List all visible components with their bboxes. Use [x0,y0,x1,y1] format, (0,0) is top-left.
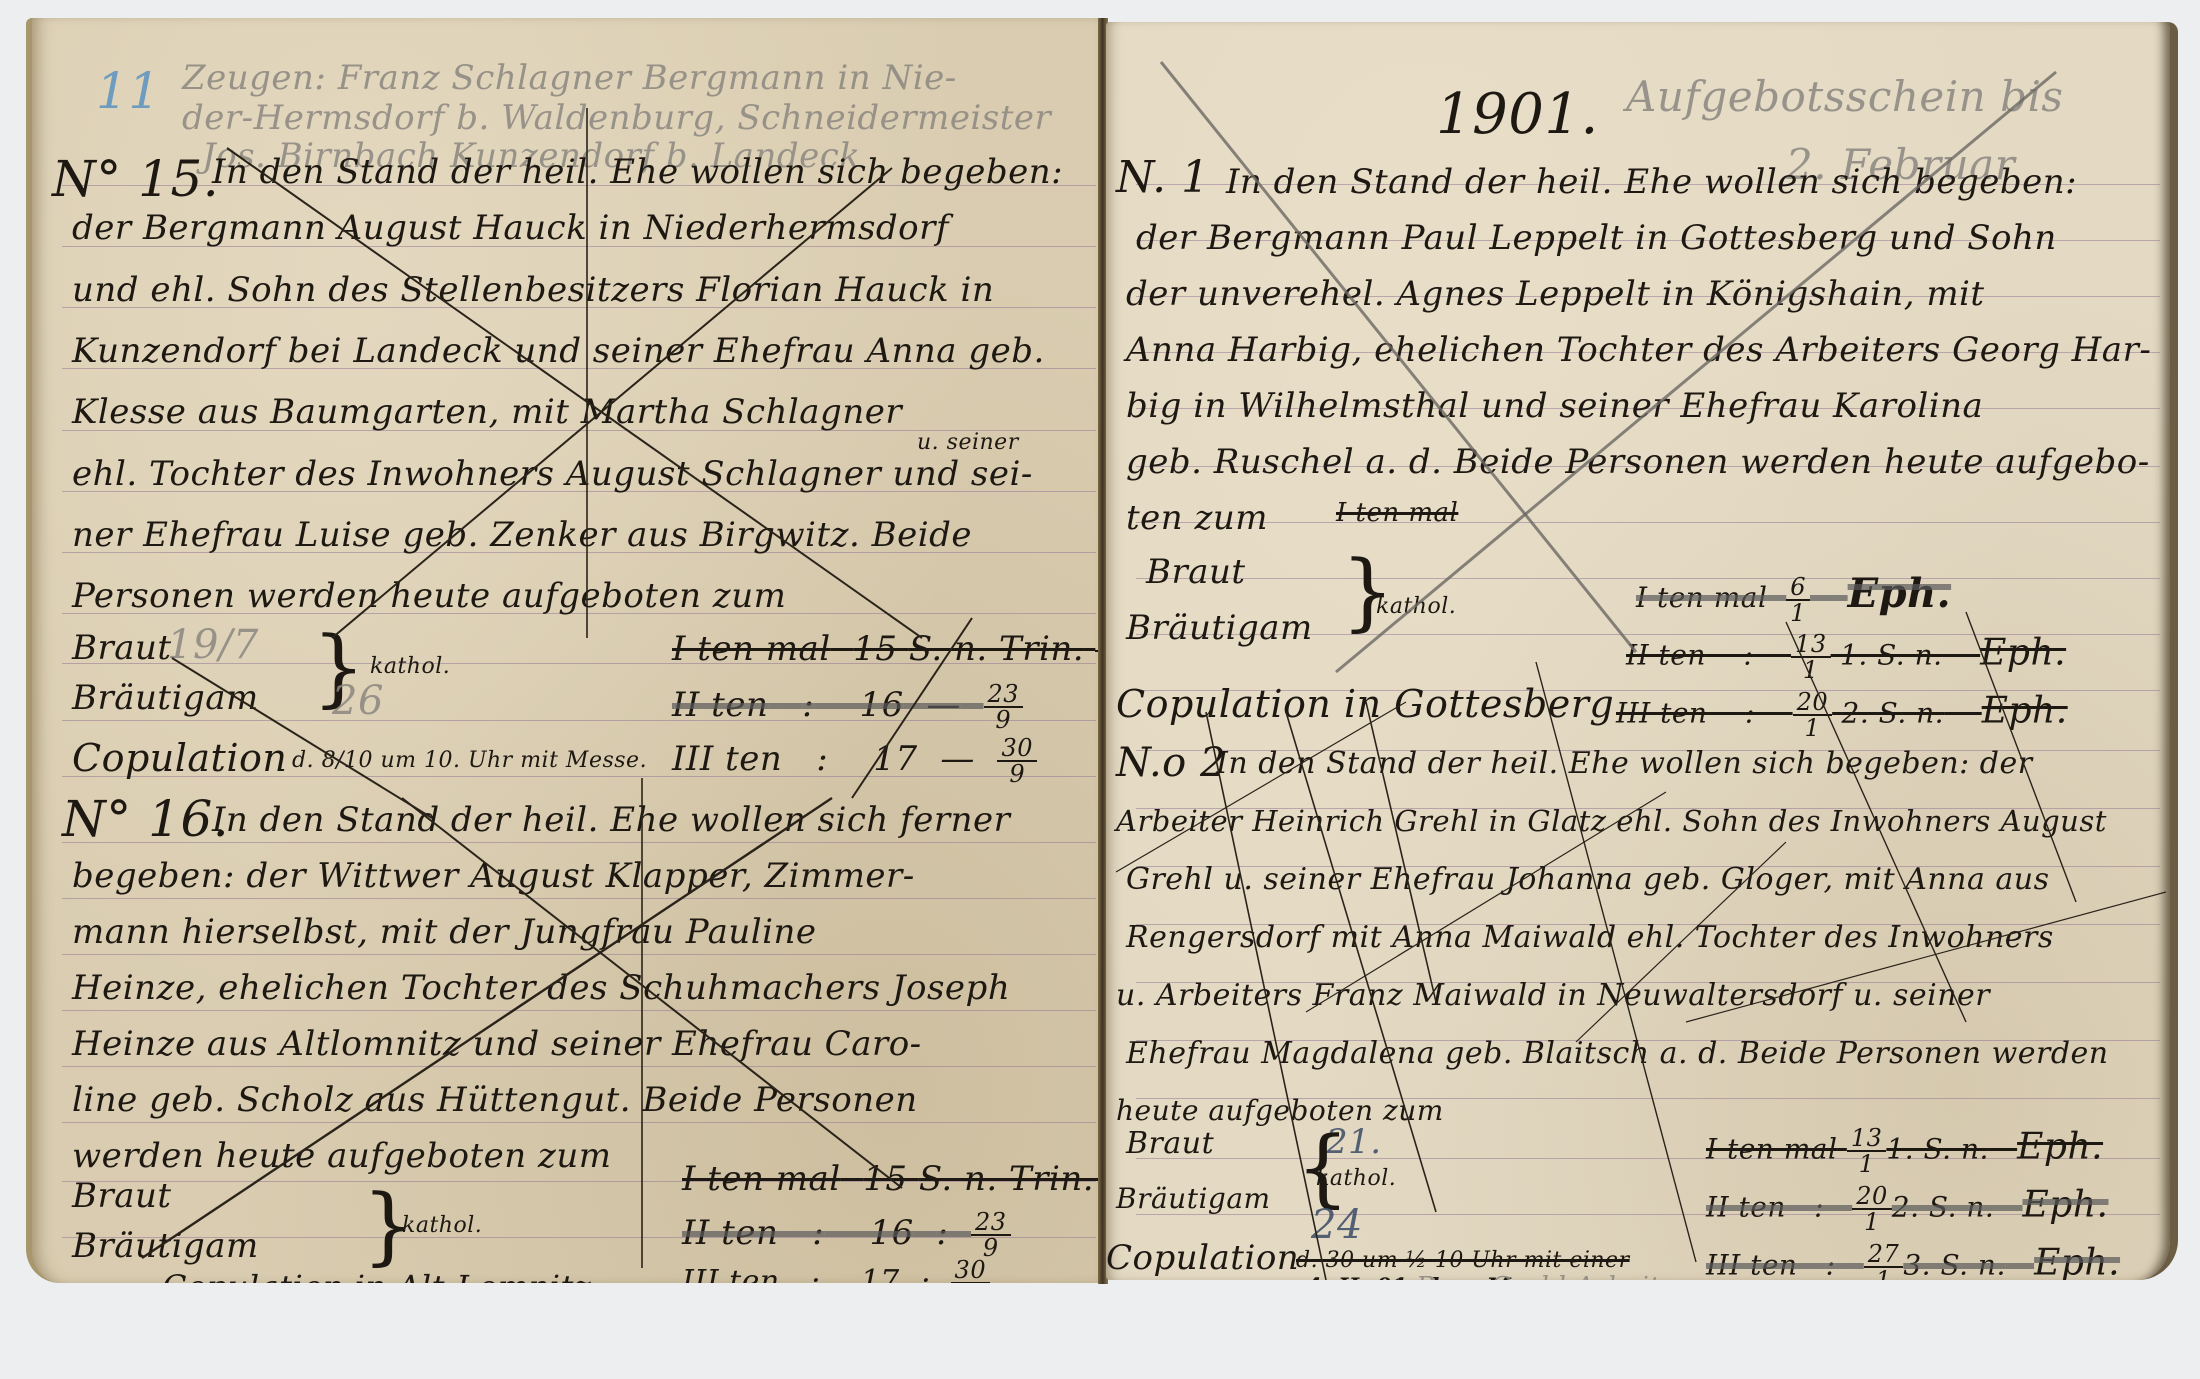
left-page: 11 Zeugen: Franz Schlagner Bergmann in N… [26,18,1106,1283]
entry-text-line: ehl. Tochter des Inwohners August Schlag… [72,454,1033,494]
pencil-footer: Berg Grehl Arbeiter [1416,1272,1689,1280]
copulation-text: d. 8/10 um 10. Uhr mit Messe. [292,748,647,773]
entry-number: N.o 2 [1116,740,1226,786]
copulation-label: Copulation [72,736,287,780]
banns-2: II ten : 16 — 239 [672,682,1023,732]
interlinear-insert: u. seiner [917,430,1019,455]
groom-label: Bräutigam [72,1226,259,1266]
religion: kathol. [402,1213,482,1238]
bride-label: Braut [1126,1126,1214,1161]
entry-text-line: u. Arbeiters Franz Maiwald in Neuwalters… [1116,978,1990,1013]
copulation-text: Copulation in Alt-Lomnitz. [162,1268,602,1283]
entry-text-line: der Bergmann August Hauck in Niederherms… [72,208,949,248]
witness-note-line: Zeugen: Franz Schlagner Bergmann in Nie- [182,58,957,98]
banns-1: I ten mal 1311. S. n. Eph. [1706,1126,2103,1176]
witness-note-line: der-Hermsdorf b. Waldenburg, Schneiderme… [182,98,1051,138]
bride-label: Braut [72,628,172,668]
banns-3: III ten : 17 : 309 [682,1258,990,1283]
entry-text-line: werden heute aufgeboten zum [72,1136,612,1176]
banns-1: I ten mal 61 Eph. [1636,570,1951,625]
brace: } [1341,542,1394,640]
entry-number: N° 16. [62,790,229,848]
banns-1: I ten mal 15 S. n. Trin. 169 [682,1156,1106,1206]
banns-3: III ten : 2713. S. n. Eph. [1706,1242,2120,1280]
page-number: 11 [96,62,161,120]
copulation-struck: d. 30 um ½ 10 Uhr mit einer [1296,1248,1630,1273]
open-register-book: 11 Zeugen: Franz Schlagner Bergmann in N… [0,0,2200,1379]
entry-text-line: begeben: der Wittwer August Klapper, Zim… [72,856,915,896]
entry-text-line: Grehl u. seiner Ehefrau Johanna geb. Glo… [1126,862,2050,897]
groom-label: Bräutigam [72,678,259,718]
groom-label: Bräutigam [1126,608,1313,648]
entry-number: N° 15. [52,150,219,208]
entry-text-line: heute aufgeboten zum [1116,1094,1444,1127]
religion: kathol. [370,654,450,679]
religion: kathol. [1316,1166,1396,1191]
pencil-note: Aufgebotsschein bis [1626,72,2063,121]
entry-text-line: line geb. Scholz aus Hüttengut. Beide Pe… [72,1080,918,1120]
struck-tail: I ten mal [1336,498,1458,528]
entry-text-line: Kunzendorf bei Landeck und seiner Ehefra… [72,331,1045,371]
banns-2: II ten : 16 : 239 [682,1210,1011,1260]
entry-text-line: Ehefrau Magdalena geb. Blaitsch a. d. Be… [1126,1036,2109,1071]
entry-text-line: der Bergmann Paul Leppelt in Gottesberg … [1136,218,2057,258]
entry-number: N. 1 [1116,152,1210,203]
copulation-text: Copulation in Gottesberg [1116,682,1614,726]
right-page: 1901. Aufgebotsschein bis 2. Februar N. … [1106,22,2178,1280]
entry-text-line: geb. Ruschel a. d. Beide Personen werden… [1126,442,2150,482]
banns-2: II ten : 2012. S. n. Eph. [1706,1184,2108,1234]
year-heading: 1901. [1436,82,1599,147]
entry-text-line: In den Stand der heil. Ehe wollen sich f… [212,800,1010,840]
entry-text-line: In den Stand der heil. Ehe wollen sich b… [212,152,1063,192]
banns-1: I ten mal 15 S. n. Trin. 169 [672,626,1106,676]
entry-text-line: Personen werden heute aufgeboten zum [72,576,786,616]
bride-label: Braut [1146,552,1246,592]
banns-2: II ten : 131 1. S. n. Eph. [1626,632,2066,682]
religion: kathol. [1376,594,1456,619]
copulation-label: Copulation [1106,1238,1299,1278]
entry-text-line: Heinze, ehelichen Tochter des Schuhmache… [72,968,1010,1008]
banns-3: III ten : 201 2. S. n. Eph. [1616,690,2068,740]
entry-text-line: ten zum [1126,498,1268,538]
entry-text-line: big in Wilhelmsthal und seiner Ehefrau K… [1126,386,1983,426]
groom-label: Bräutigam [1116,1182,1271,1215]
bride-age: 19/7 [167,622,259,668]
groom-age: 26 [332,678,384,724]
entry-text-line: Anna Harbig, ehelichen Tochter des Arbei… [1126,330,2151,370]
entry-text-line: In den Stand der heil. Ehe wollen sich b… [1216,746,2033,781]
entry-text-line: Rengersdorf mit Anna Maiwald ehl. Tochte… [1126,920,2054,955]
entry-text-line: der unverehel. Agnes Leppelt in Königsha… [1126,274,1985,314]
entry-text-line: Heinze aus Altlomnitz und seiner Ehefrau… [72,1024,922,1064]
entry-text-line: Klesse aus Baumgarten, mit Martha Schlag… [72,392,902,432]
entry-text-line: ner Ehefrau Luise geb. Zenker aus Birgwi… [72,515,972,555]
groom-age: 24 [1311,1202,1363,1248]
banns-3: III ten : 17 — 309 [672,736,1037,786]
bride-label: Braut [72,1176,172,1216]
entry-text-line: Arbeiter Heinrich Grehl in Glatz ehl. So… [1116,804,2107,838]
entry-text-line: mann hierselbst, mit der Jungfrau Paulin… [72,912,817,952]
entry-text-line: In den Stand der heil. Ehe wollen sich b… [1226,162,2077,202]
entry-text-line: und ehl. Sohn des Stellenbesitzers Flori… [72,270,994,310]
